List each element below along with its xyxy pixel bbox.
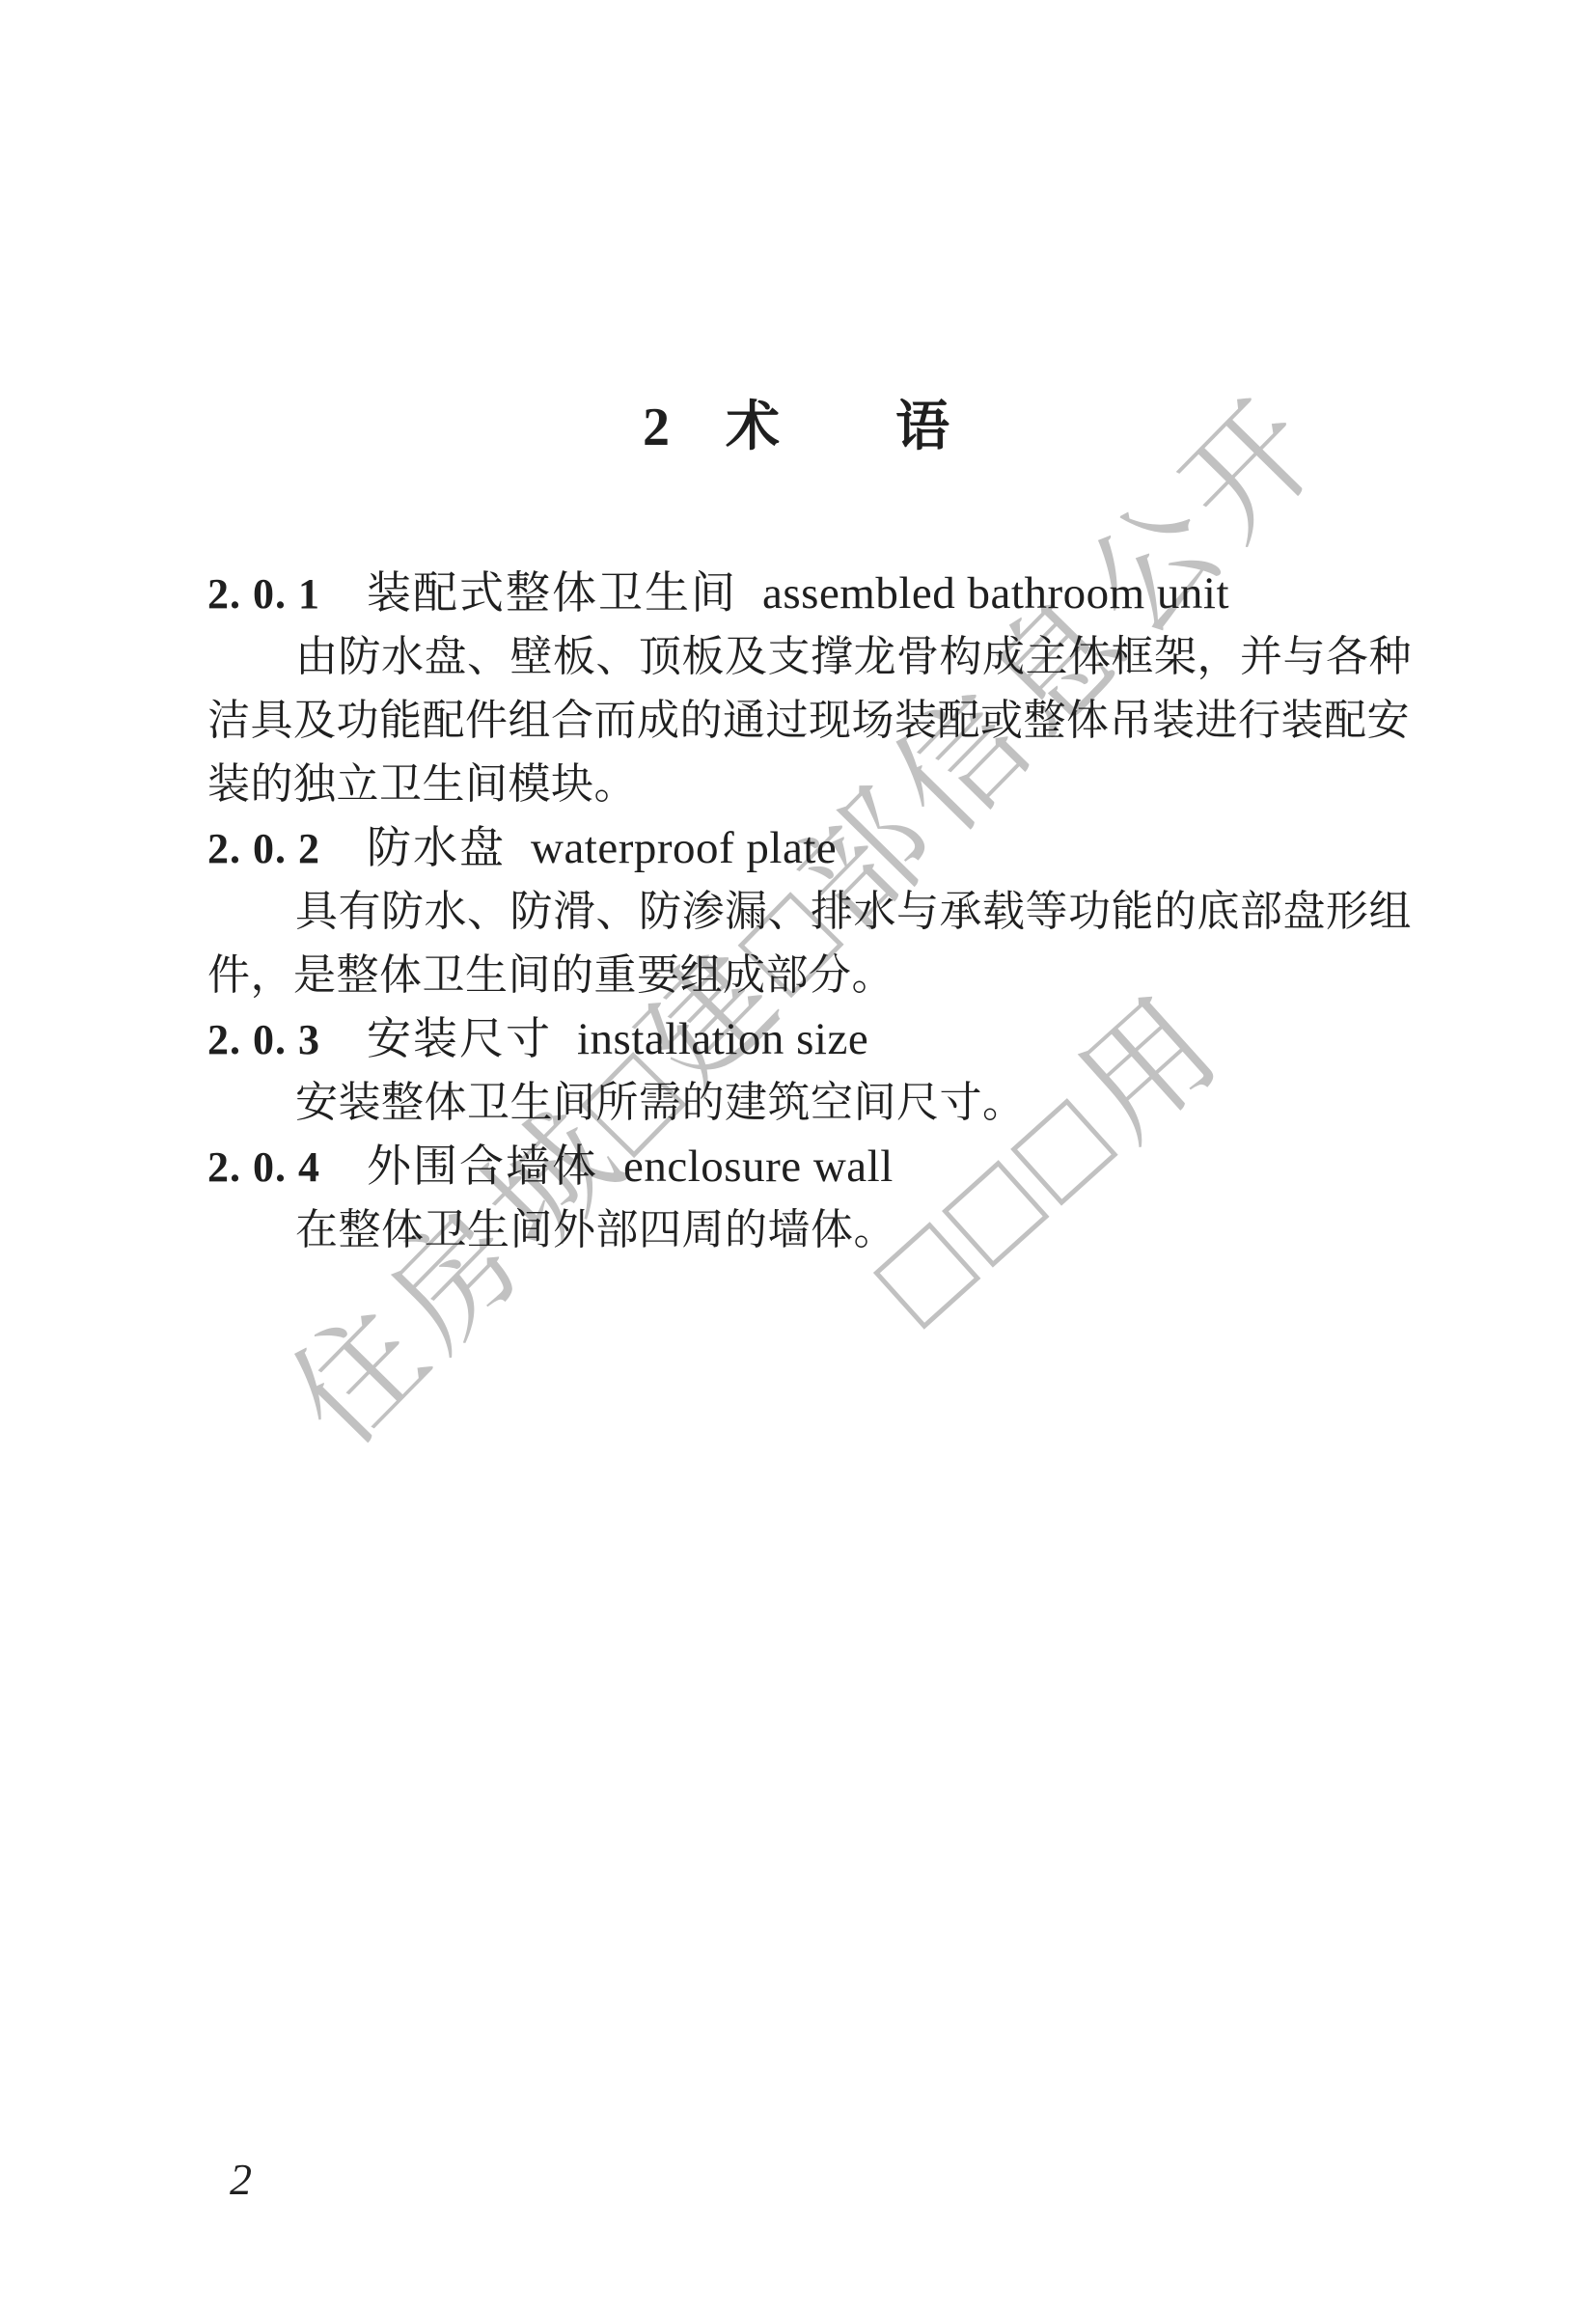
term-heading-2-0-3: 2. 0. 3安装尺寸installation size (207, 1007, 1423, 1071)
definition-line: 安装整体卫生间所需的建筑空间尺寸。 (207, 1071, 1423, 1135)
term-number: 2. 0. 1 (207, 570, 320, 618)
term-chinese: 外围合墙体 (367, 1142, 598, 1191)
chapter-title-char-2: 语 (895, 394, 949, 461)
definition-line: 由防水盘、壁板、顶板及支撑龙骨构成主体框架，并与各种 (207, 625, 1423, 689)
definition-line: 具有防水、防滑、防渗漏、排水与承载等功能的底部盘形组 (207, 880, 1423, 944)
term-chinese: 安装尺寸 (367, 1014, 552, 1063)
definition-line: 件，是整体卫生间的重要组成部分。 (207, 944, 1423, 1007)
definition-line: 洁具及功能配件组合而成的通过现场装配或整体吊装进行装配安 (207, 689, 1423, 753)
term-heading-2-0-2: 2. 0. 2防水盘waterproof plate (207, 816, 1423, 880)
definition-line: 在整体卫生间外部四周的墙体。 (207, 1198, 1423, 1262)
term-number: 2. 0. 4 (207, 1143, 320, 1191)
term-number: 2. 0. 2 (207, 825, 320, 872)
term-english: installation size (577, 1014, 868, 1064)
terminology-content: 2. 0. 1装配式整体卫生间assembled bathroom unit 由… (207, 562, 1423, 1262)
chapter-title-char-1: 术 (726, 394, 780, 461)
chapter-number: 2 (643, 394, 670, 461)
term-english: assembled bathroom unit (762, 568, 1229, 619)
term-chinese: 防水盘 (367, 823, 506, 872)
term-english: enclosure wall (623, 1142, 894, 1192)
term-heading-2-0-4: 2. 0. 4外围合墙体enclosure wall (207, 1135, 1423, 1198)
term-english: waterproof plate (531, 823, 837, 873)
definition-line: 装的独立卫生间模块。 (207, 753, 1423, 816)
chapter-title: 2 术 语 (0, 394, 1596, 461)
document-page: 住房城□建□部信息公开 □□□用 2 术 语 2. 0. 1装配式整体卫生间as… (0, 0, 1596, 2311)
term-chinese: 装配式整体卫生间 (367, 568, 737, 618)
page-number: 2 (230, 2154, 252, 2205)
term-heading-2-0-1: 2. 0. 1装配式整体卫生间assembled bathroom unit (207, 562, 1423, 625)
term-number: 2. 0. 3 (207, 1016, 320, 1063)
